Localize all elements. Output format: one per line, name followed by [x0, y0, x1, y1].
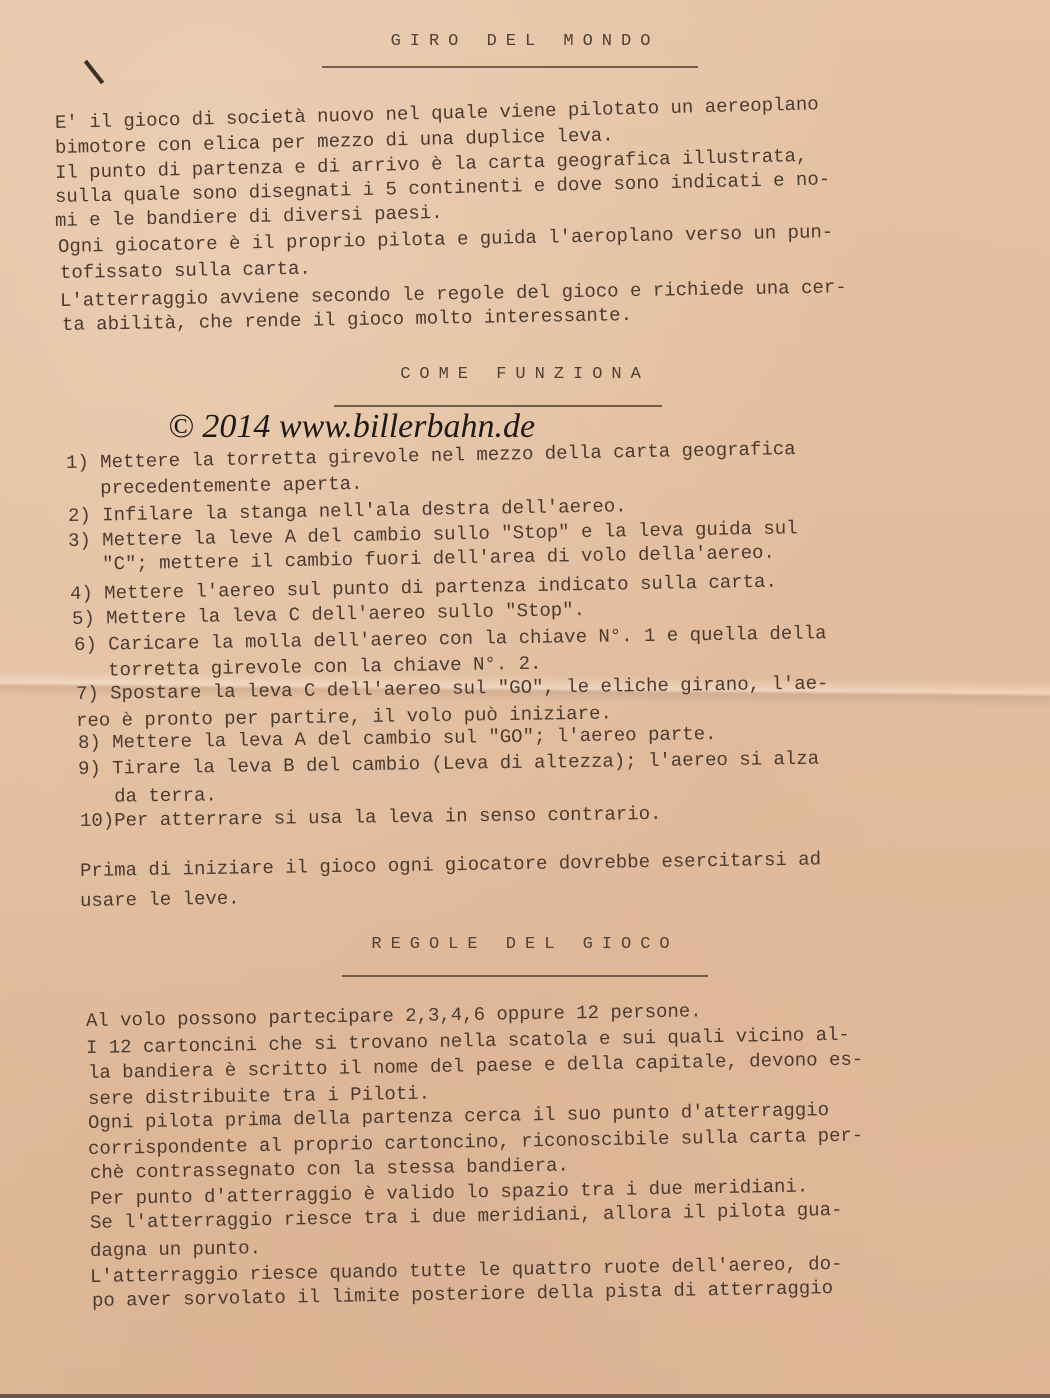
paper-edge [0, 1394, 1050, 1398]
text-line: da terra. [80, 784, 217, 808]
section-heading-rules: REGOLE DEL GIOCO [0, 935, 1050, 954]
section-heading-how: COME FUNZIONA [0, 365, 1050, 384]
document-title: GIRO DEL MONDO [0, 32, 1050, 51]
how-underline [334, 405, 662, 407]
copyright-watermark: © 2014 www.billerbahn.de [168, 408, 535, 446]
rules-underline [342, 975, 708, 977]
title-underline [322, 66, 698, 68]
text-line: usare le leve. [80, 887, 240, 912]
text-line: tofissato sulla carta. [60, 258, 311, 284]
text-line: dagna un punto. [90, 1237, 261, 1262]
